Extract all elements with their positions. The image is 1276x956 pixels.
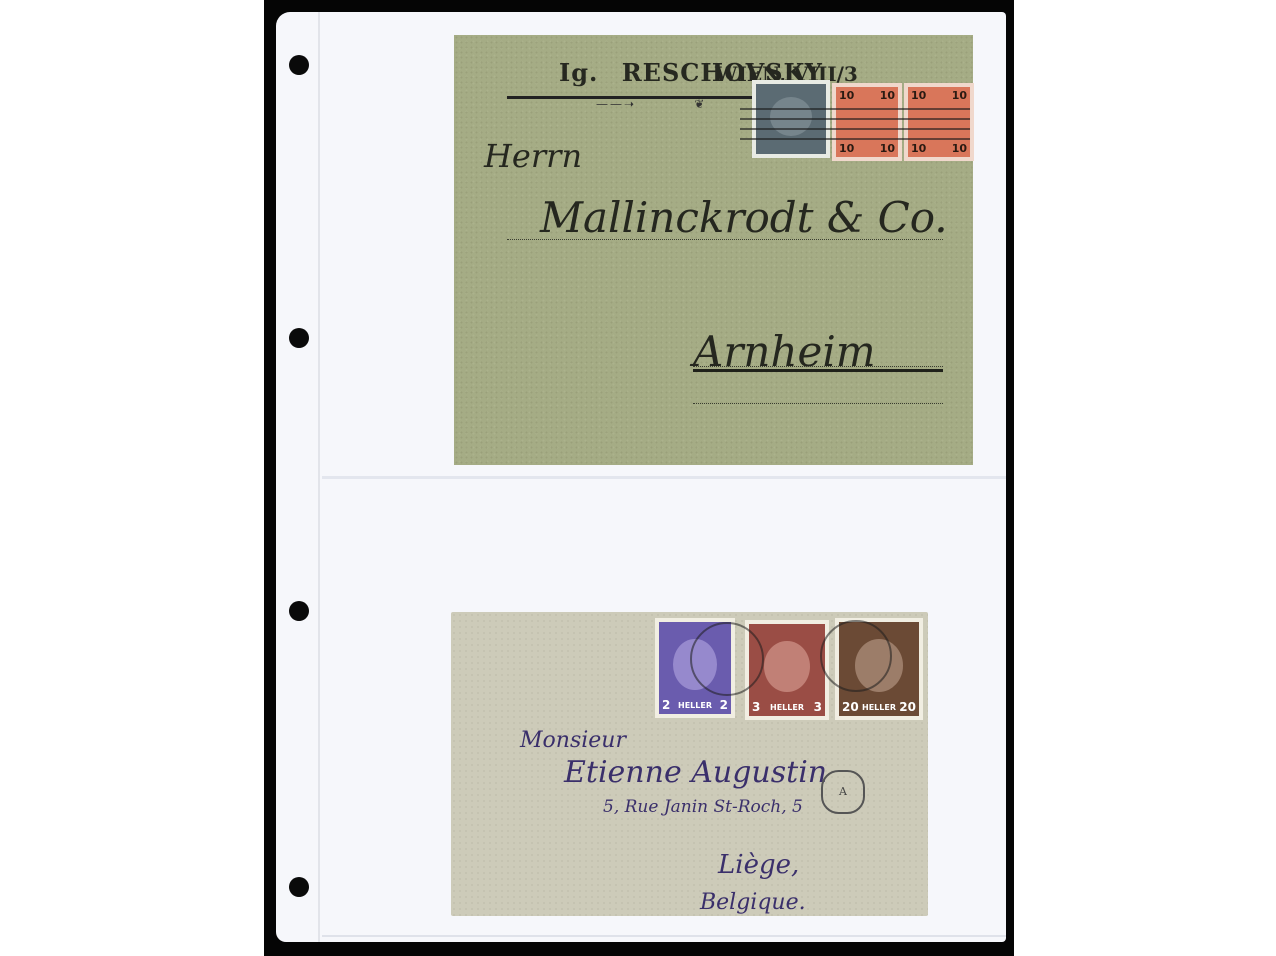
punch-hole-icon bbox=[289, 55, 309, 75]
postmark-bar bbox=[740, 118, 970, 120]
street: 5, Rue Janin St-Roch, 5 bbox=[603, 797, 803, 817]
postmark-bar bbox=[740, 108, 970, 110]
city-underline bbox=[693, 369, 943, 372]
country: Belgique. bbox=[700, 890, 806, 915]
letterhead-initial: Ig. bbox=[559, 58, 598, 87]
stamp-10-heller: 10 10 10 10 bbox=[832, 83, 902, 161]
pocket-bottom-edge bbox=[322, 935, 1006, 937]
stamp-10-heller: 10 10 10 10 bbox=[904, 83, 974, 161]
addressee-fr: Etienne Augustin bbox=[564, 755, 827, 790]
binder-strip bbox=[318, 12, 320, 942]
postmark-bar bbox=[740, 138, 970, 140]
salutation-fr: Monsieur bbox=[520, 728, 626, 753]
pocket-divider bbox=[322, 476, 1006, 479]
transit-mark-icon: A bbox=[821, 770, 865, 814]
addressee: Mallinckrodt & Co. bbox=[540, 193, 948, 242]
postmark-circle bbox=[690, 622, 764, 696]
postmark-circle bbox=[820, 620, 892, 692]
city-fr: Liège, bbox=[718, 850, 799, 880]
punch-hole-icon bbox=[289, 601, 309, 621]
ornament-icon: ——➝ ❦ bbox=[596, 97, 706, 111]
address-line bbox=[693, 403, 943, 404]
postmark-bar bbox=[740, 128, 970, 130]
punch-hole-icon bbox=[289, 877, 309, 897]
punch-hole-icon bbox=[289, 328, 309, 348]
address-line bbox=[507, 239, 943, 240]
salutation: Herrn bbox=[484, 137, 582, 175]
address-line bbox=[693, 366, 943, 367]
